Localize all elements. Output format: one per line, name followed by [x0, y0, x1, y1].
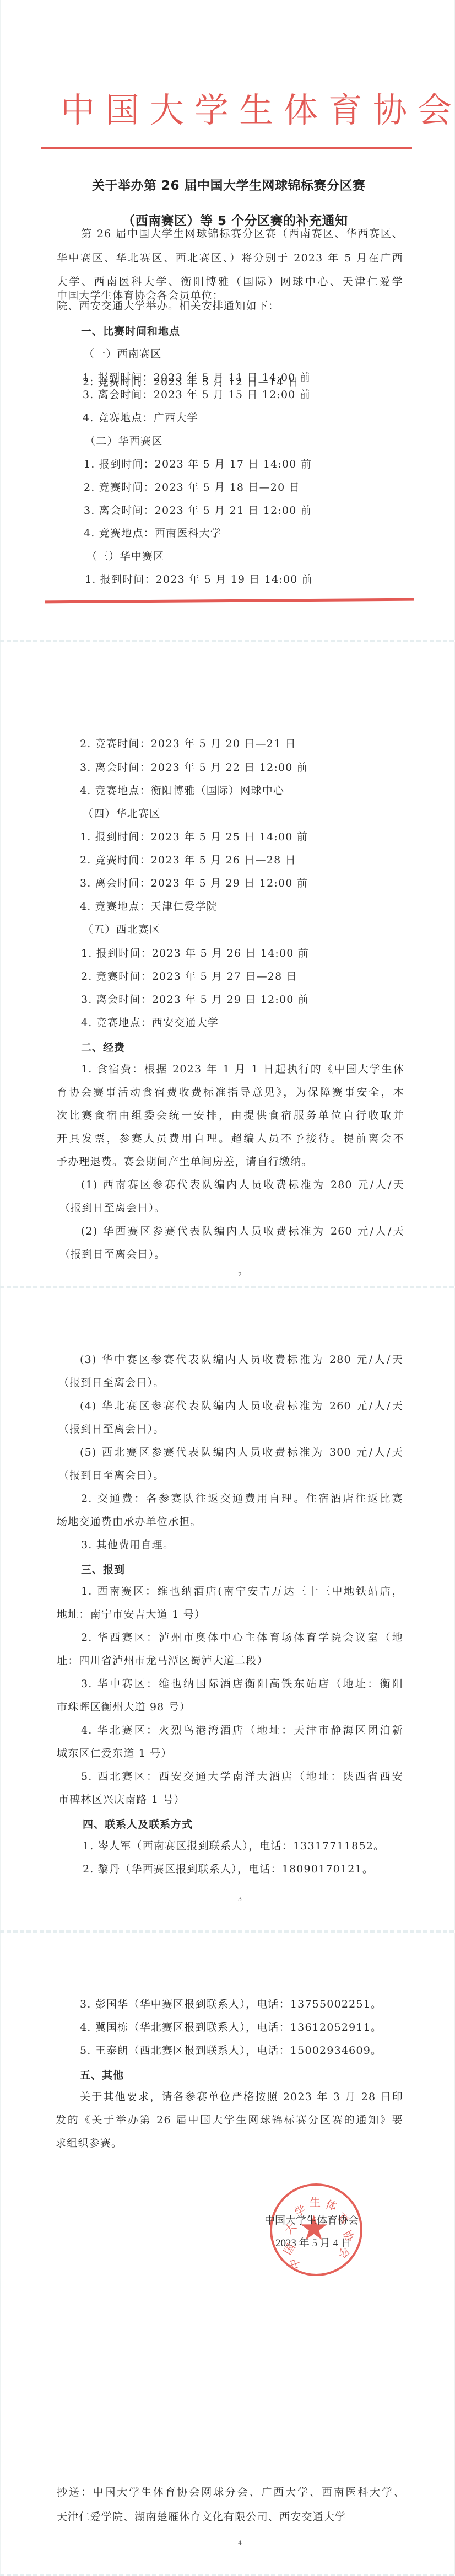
checkin5-line2: 市碑林区兴庆南路 1 号）: [58, 1793, 185, 1806]
fee5-line2: （报到日至离会日）。: [58, 1469, 165, 1482]
region3-item1: 1. 报到时间：2023 年 5 月 19 日 14:00 前: [85, 573, 313, 586]
official-seal: ★ 国 大 学 生 体 育 协 会 中: [270, 2183, 362, 2276]
signature-org: 中国大学生体育协会: [264, 2212, 359, 2227]
checkin2-line2: 址：四川省泸州市龙马潭区蜀泸大道二段）: [57, 1654, 268, 1667]
page-number: 2: [238, 1271, 242, 1278]
page-1: 中国大学生体育协会 关于举办第 26 届中国大学生网球锦标赛分区赛 （西南赛区）…: [0, 0, 455, 641]
fee1-line2: （报到日至离会日）。: [59, 1201, 166, 1215]
document-title-line1: 关于举办第 26 届中国大学生网球锦标赛分区赛: [92, 175, 366, 194]
region1-item3: 3. 离会时间：2023 年 5 月 15 日 12:00 前: [83, 388, 311, 401]
fee1-line1: (1) 西南赛区参赛代表队编内人员收费标准为 280 元/人/天: [81, 1178, 404, 1192]
region2-item1: 1. 报到时间：2023 年 5 月 17 日 14:00 前: [84, 458, 312, 471]
region1-item2: 2. 竞赛时间：2023 年 5 月 12 日—14 日: [83, 375, 299, 389]
board-line2: 育协会赛事活动食宿费收费标准指导意见》，为保障赛事安全，本: [57, 1086, 404, 1099]
region5-item1: 1. 报到时间：2023 年 5 月 26 日 14:00 前: [81, 947, 309, 960]
checkin3-line1: 3. 华中赛区：维也纳国际酒店衡阳高铁东站店（地址：衡阳: [81, 1677, 403, 1690]
contact1: 1. 岑人军（西南赛区报到联系人），电话：13317711852。: [83, 1839, 384, 1853]
page-2: 2. 竞赛时间：2023 年 5 月 20 日—21 日 3. 离会时间：202…: [0, 642, 455, 1286]
section5-heading: 五、其他: [80, 2067, 124, 2082]
contact2: 2. 黎丹（华西赛区报到联系人），电话：18090170121。: [83, 1863, 373, 1876]
contact5: 5. 王泰朗（西北赛区报到联系人），电话：15002934609。: [80, 2044, 382, 2057]
other-line1: 关于其他要求，请各参赛单位严格按照 2023 年 3 月 28 日印: [80, 2090, 403, 2103]
checkin4-line1: 4. 华北赛区：火烈鸟港湾酒店（地址：天津市静海区团泊新: [81, 1724, 403, 1737]
region2-item4: 4. 竞赛地点：西南医科大学: [84, 527, 221, 540]
masthead-rule-thin: [41, 151, 412, 151]
other-line2: 发的《关于举办第 26 届中国大学生网球锦标赛分区赛的通知》要: [56, 2113, 403, 2127]
region3-item4: 4. 竞赛地点：衡阳博雅（国际）网球中心: [80, 784, 284, 797]
region4-item4: 4. 竞赛地点：天津仁爱学院: [80, 900, 218, 913]
board-line5: 予办理退费。赛会期间产生单间房差，请自行缴纳。: [57, 1155, 313, 1168]
region5-heading: （五）西北赛区: [83, 923, 160, 936]
region3-item3: 3. 离会时间：2023 年 5 月 22 日 12:00 前: [80, 761, 308, 774]
fee4-line2: （报到日至离会日）。: [58, 1423, 165, 1436]
fee3-line2: （报到日至离会日）。: [58, 1376, 165, 1389]
page-break: [0, 2574, 455, 2576]
region4-item3: 3. 离会时间：2023 年 5 月 29 日 12:00 前: [80, 877, 308, 890]
intro-line2: 华中赛区、华北赛区、西北赛区、）将分别于 2023 年 5 月在广西: [57, 251, 403, 265]
document-title-line2: （西南赛区）等 5 个分区赛的补充通知: [122, 211, 348, 229]
region5-item4: 4. 竞赛地点：西安交通大学: [81, 1016, 219, 1029]
intro-line1: 第 26 届中国大学生网球锦标赛分区赛（西南赛区、华西赛区、: [81, 227, 403, 240]
fee2-line2: （报到日至离会日）。: [59, 1248, 166, 1261]
transport-line2: 场地交通费由承办单位承担。: [57, 1515, 202, 1528]
masthead-title: 中国大学生体育协会: [61, 83, 402, 132]
checkin2-line1: 2. 华西赛区：泸州市奥体中心主体育场体育学院会议室（地: [81, 1631, 403, 1644]
fee2-line1: (2) 华西赛区参赛代表队编内人员收费标准为 260 元/人/天: [81, 1225, 404, 1238]
intro-line4: 院、西安交通大学举办。相关安排通知如下：: [57, 299, 279, 313]
section2-heading: 二、经费: [81, 1039, 125, 1054]
region1-heading: （一）西南赛区: [84, 347, 161, 361]
page-4: 3. 彭国华（华中赛区报到联系人），电话：13755002251。 4. 冀国栋…: [0, 1933, 455, 2576]
fee3-line1: (3) 华中赛区参赛代表队编内人员收费标准为 280 元/人/天: [80, 1353, 403, 1366]
section4-heading: 四、联系人及联系方式: [83, 1816, 193, 1831]
region2-item2: 2. 竞赛时间：2023 年 5 月 18 日—20 日: [84, 481, 300, 494]
other-line3: 求组织参赛。: [56, 2137, 122, 2150]
region5-item3: 3. 离会时间：2023 年 5 月 29 日 12:00 前: [81, 993, 309, 1006]
board-line4: 开具发票，参赛人员费用自理。超编人员不予接待。提前离会不: [57, 1132, 404, 1145]
section3-heading: 三、报到: [81, 1561, 125, 1576]
region4-heading: （四）华北赛区: [83, 807, 160, 820]
page-3: (3) 华中赛区参赛代表队编内人员收费标准为 280 元/人/天 （报到日至离会…: [0, 1288, 455, 1930]
board-line3: 次比赛食宿由组委会统一安排，由提供食宿服务单位自行收取并: [57, 1109, 404, 1122]
seal-char: 生: [310, 2193, 321, 2209]
page-bottom-rule: [45, 598, 414, 604]
seal-char: 中: [285, 2256, 304, 2272]
other-fees: 3. 其他费用自理。: [81, 1538, 174, 1552]
region1-item4: 4. 竞赛地点：广西大学: [83, 411, 198, 425]
region2-heading: （二）华西赛区: [85, 434, 162, 448]
checkin5-line1: 5. 西北赛区：西安交通大学南洋大酒店（地址：陕西省西安: [81, 1770, 403, 1783]
region3-heading: （三）华中赛区: [86, 550, 164, 563]
page-number: 3: [238, 1896, 242, 1903]
signature-date: 2023 年 5 月 4 日: [275, 2235, 351, 2250]
checkin1-line1: 1. 西南赛区：维也纳酒店(南宁安吉万达三十三中地铁站店，: [81, 1585, 403, 1598]
region2-item3: 3. 离会时间：2023 年 5 月 21 日 12:00 前: [84, 504, 312, 517]
fee4-line1: (4) 华北赛区参赛代表队编内人员收费标准为 260 元/人/天: [80, 1399, 403, 1413]
masthead-rule: [41, 147, 412, 149]
region5-item2: 2. 竞赛时间：2023 年 5 月 27 日—28 日: [81, 970, 297, 983]
checkin1-line2: 地址：南宁市安吉大道 1 号）: [57, 1608, 205, 1621]
board-line1: 1. 食宿费：根据 2023 年 1 月 1 日起执行的《中国大学生体: [81, 1062, 404, 1076]
contact4: 4. 冀国栋（华北赛区报到联系人），电话：13612052911。: [80, 2021, 382, 2034]
checkin4-line2: 城东区仁爱东道 1 号）: [57, 1747, 172, 1760]
cc-line1: 抄送：中国大学生体育协会网球分会、广西大学、西南医科大学、: [57, 2486, 405, 2499]
cc-line2: 天津仁爱学院、湖南楚雁体育文化有限公司、西安交通大学: [57, 2510, 346, 2524]
region3-item2: 2. 竞赛时间：2023 年 5 月 20 日—21 日: [80, 737, 296, 750]
contact3: 3. 彭国华（华中赛区报到联系人），电话：13755002251。: [80, 1998, 382, 2011]
transport-line1: 2. 交通费：各参赛队往返交通费用自理。住宿酒店往返比赛: [81, 1492, 403, 1505]
fee5-line1: (5) 西北赛区参赛代表队编内人员收费标准为 300 元/人/天: [80, 1446, 403, 1459]
intro-line3: 大学、西南医科大学、衡阳博雅（国际）网球中心、天津仁爱学: [57, 275, 403, 288]
checkin3-line2: 市珠晖区衡州大道 98 号）: [57, 1700, 191, 1714]
page-number: 4: [238, 2540, 242, 2547]
region4-item2: 2. 竞赛时间：2023 年 5 月 26 日—28 日: [80, 854, 296, 867]
seal-char: 体: [324, 2195, 340, 2214]
section1-heading: 一、比赛时间和地点: [81, 323, 180, 338]
region4-item1: 1. 报到时间：2023 年 5 月 25 日 14:00 前: [80, 830, 308, 844]
